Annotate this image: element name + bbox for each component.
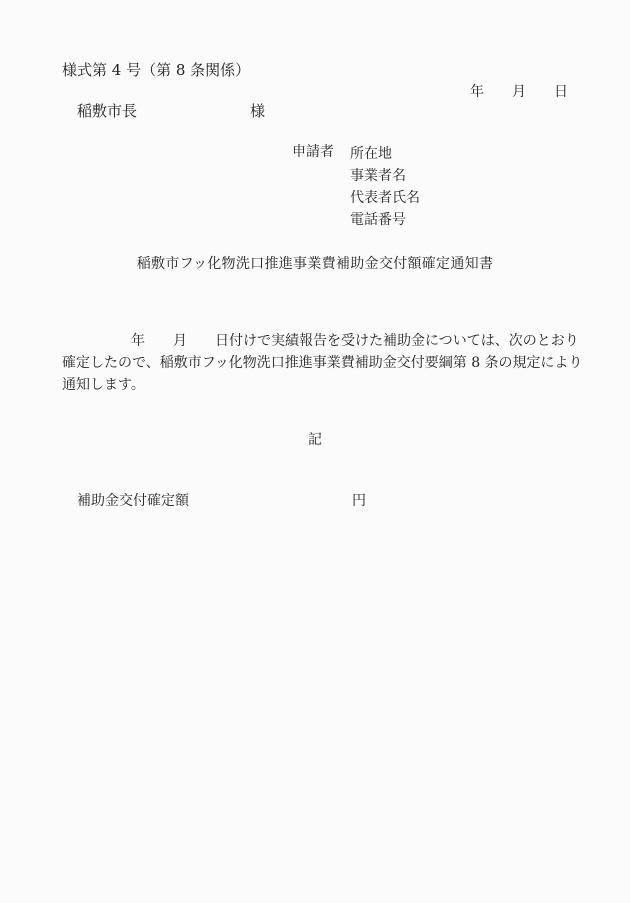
body-line-1: 年 月 日付けで実績報告を受けた補助金については、次のとおり <box>62 330 574 352</box>
body-line-3: 通知します。 <box>62 374 574 396</box>
amount-unit-yen: 円 <box>352 492 366 510</box>
applicant-field-business-name: 事業者名 <box>350 165 420 187</box>
applicant-field-phone-number: 電話番号 <box>350 209 420 231</box>
form-number-label: 様式第 4 号（第 8 条関係） <box>62 61 250 79</box>
applicant-label: 申請者 <box>292 143 334 161</box>
applicant-field-address: 所在地 <box>350 143 420 165</box>
document-page: 様式第 4 号（第 8 条関係） 年 月 日 稲敷市長 様 申請者 所在地 事業… <box>0 0 630 903</box>
document-title: 稲敷市フッ化物洗口推進事業費補助金交付額確定通知書 <box>0 255 630 273</box>
section-marker: 記 <box>0 431 630 449</box>
applicant-fields: 所在地 事業者名 代表者氏名 電話番号 <box>350 143 420 231</box>
amount-label: 補助金交付確定額 <box>77 492 189 510</box>
addressee-honorific: 様 <box>250 102 265 120</box>
applicant-field-representative-name: 代表者氏名 <box>350 187 420 209</box>
date-line: 年 月 日 <box>470 83 568 101</box>
addressee-name: 稲敷市長 <box>77 102 137 120</box>
body-paragraph: 年 月 日付けで実績報告を受けた補助金については、次のとおり 確定したので、稲敷… <box>62 330 574 396</box>
body-line-2: 確定したので、稲敷市フッ化物洗口推進事業費補助金交付要綱第 8 条の規定により <box>62 352 574 374</box>
